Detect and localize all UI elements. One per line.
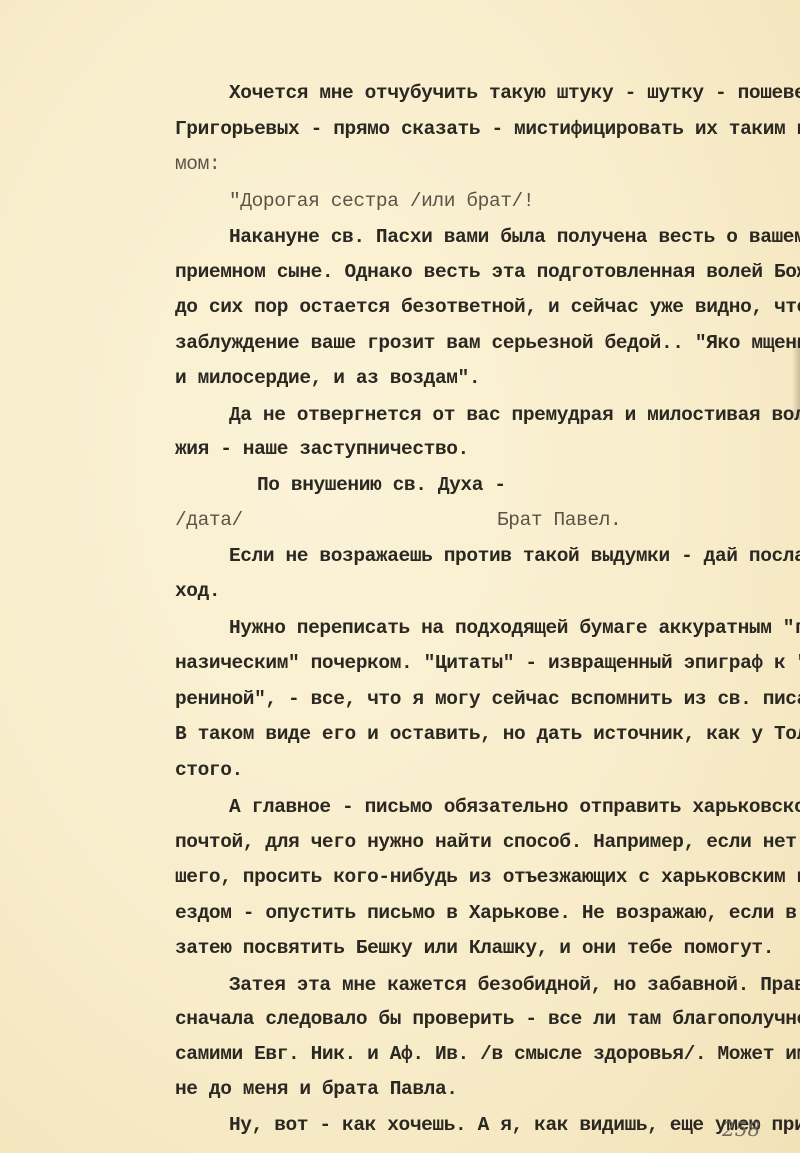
handwritten-page-number: 258 [722,1117,760,1141]
text-line: "Дорогая сестра /или брат/! [229,190,534,212]
text-line: Затея эта мне кажется безобидной, но заб… [229,974,800,996]
text-line: жия - наше заступничество. [175,438,469,460]
text-line: Хочется мне отчубучить такую штуку - шут… [229,82,800,104]
text-line: самими Евг. Ник. и Аф. Ив. /в смысле здо… [175,1043,800,1065]
date-placeholder: /дата/ [175,509,243,531]
text-line: Григорьевых - прямо сказать - мистифицир… [175,118,800,140]
text-line: Нужно переписать на подходящей бумаге ак… [229,617,800,639]
signature-name: Брат Павел. [497,509,621,531]
text-line: затею посвятить Бешку или Клашку, и они … [175,937,774,959]
text-line: почтой, для чего нужно найти способ. Нап… [175,831,800,853]
text-line: Накануне св. Пасхи вами была получена ве… [229,226,800,248]
text-line: Да не отвергнется от вас премудрая и мил… [229,404,800,426]
text-line: рениной", - все, что я могу сейчас вспом… [175,688,800,710]
text-line: В таком виде его и оставить, но дать ист… [175,723,800,745]
text-line: приемном сыне. Однако весть эта подготов… [175,261,800,283]
text-line: мом: [175,153,220,175]
text-line: Ну, вот - как хочешь. А я, как видишь, е… [229,1114,800,1136]
text-line: не до меня и брата Павла. [175,1078,458,1100]
typewritten-page: Хочется мне отчубучить такую штуку - шут… [0,0,800,1153]
text-line: Если не возражаешь против такой выдумки … [229,545,800,567]
text-line: заблуждение ваше грозит вам серьезной бе… [175,332,800,354]
text-line: шего, просить кого-нибудь из отъезжающих… [175,866,800,888]
text-line: и милосердие, и аз воздам". [175,367,480,389]
text-line: сначала следовало бы проверить - все ли … [175,1008,800,1030]
text-line: до сих пор остается безответной, и сейча… [175,296,800,318]
text-line: ход. [175,580,220,602]
signature-line: По внушению св. Духа - [257,474,506,496]
text-line: стого. [175,759,243,781]
text-line: ездом - опустить письмо в Харькове. Не в… [175,902,800,924]
text-line: назическим" почерком. "Цитаты" - извраще… [175,652,800,674]
text-line: А главное - письмо обязательно отправить… [229,796,800,818]
